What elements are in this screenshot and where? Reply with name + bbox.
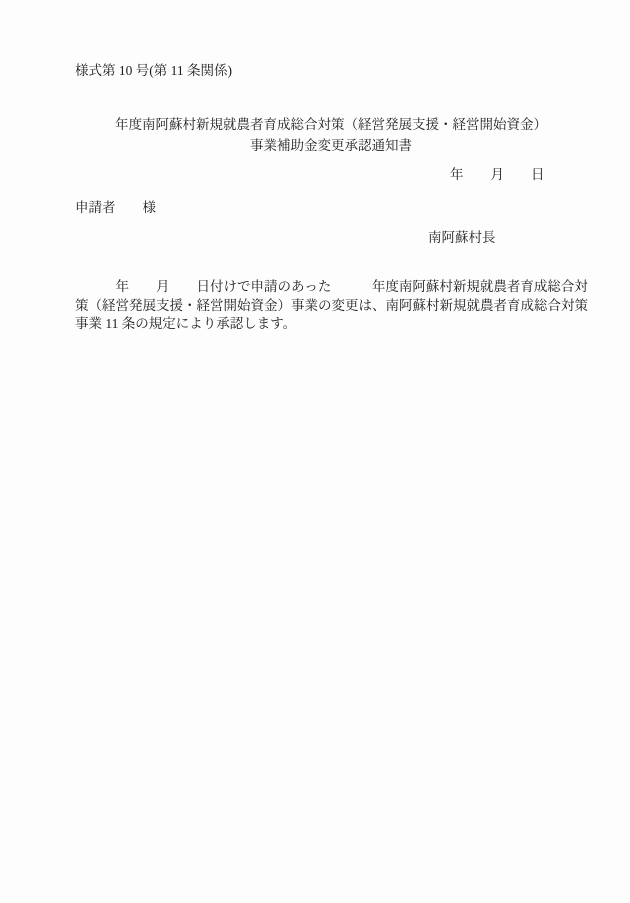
body-line-3: 事業 11 条の規定により承認します。	[75, 315, 591, 334]
body-line-2: 策（経営発展支援・経営開始資金）事業の変更は、南阿蘇村新規就農者育成総合対策	[75, 297, 591, 316]
document-page: 様式第 10 号(第 11 条関係) 年度南阿蘇村新規就農者育成総合対策（経営発…	[0, 0, 630, 903]
body-line-1: 年 月 日付けで申請のあった 年度南阿蘇村新規就農者育成総合対	[75, 278, 591, 297]
form-number: 様式第 10 号(第 11 条関係)	[75, 62, 232, 79]
document-title-line1: 年度南阿蘇村新規就農者育成総合対策（経営発展支援・経営開始資金）	[75, 114, 587, 135]
issuer-line: 南阿蘇村長	[428, 229, 496, 246]
document-title: 年度南阿蘇村新規就農者育成総合対策（経営発展支援・経営開始資金） 事業補助金変更…	[75, 114, 587, 156]
addressee-line: 申請者 様	[75, 199, 156, 216]
body-paragraph: 年 月 日付けで申請のあった 年度南阿蘇村新規就農者育成総合対 策（経営発展支援…	[75, 278, 591, 334]
date-line: 年 月 日	[450, 166, 545, 183]
document-title-line2: 事業補助金変更承認通知書	[75, 135, 587, 156]
